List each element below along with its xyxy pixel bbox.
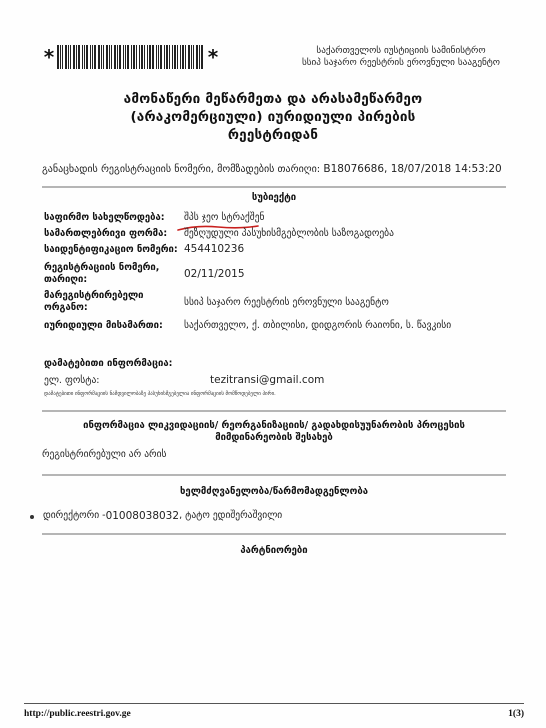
title-line-2: (არაკომერციული) იურიდიული პირების <box>60 108 486 126</box>
footer-url-link[interactable]: http://public.reestri.gov.ge <box>24 708 131 720</box>
field-label-legal-address: იურიდიული მისამართი: <box>44 320 204 332</box>
document-title: ამონაწერი მეწარმეთა და არასამეწარმეო (არ… <box>60 90 486 144</box>
application-value: B18076686, 18/07/2018 14:53:20 <box>323 163 501 175</box>
page-number: 1(3) <box>508 708 524 720</box>
section-title-liquidation: ინფორმაცია ლიკვიდაციის/ რეორგანიზაციის/ … <box>42 420 506 444</box>
section-title-management: ხელმძღვანელობა/წარმომადგენლობა <box>42 486 506 498</box>
application-label: განაცხადის რეგისტრაციის ნომერი, მომზადებ… <box>42 164 320 175</box>
field-value-legal-form: შეზღუდული პასუხისმგებლობის საზოგადოება <box>184 228 394 240</box>
barcode: * * <box>43 44 219 70</box>
application-info: განაცხადის რეგისტრაციის ნომერი, მომზადებ… <box>42 162 522 177</box>
liquidation-title-line-1: ინფორმაცია ლიკვიდაციის/ რეორგანიზაციის/ … <box>42 420 506 432</box>
liquidation-status: რეგისტრირებული არ არის <box>42 449 166 461</box>
liquidation-title-line-2: მიმდინარეობის შესახებ <box>42 432 506 444</box>
title-line-3: რეესტრიდან <box>60 126 486 144</box>
agency-registry: სსიპ საჯარო რეესტრის ეროვნული სააგენტო <box>276 57 526 69</box>
email-value: tezitransi@gmail.com <box>210 374 324 387</box>
field-value-registration-date: 02/11/2015 <box>184 268 245 280</box>
field-label-company-name: საფირმო სახელწოდება: <box>44 212 184 224</box>
section-title-subject: სუბიექტი <box>42 192 506 204</box>
divider <box>42 533 506 535</box>
agency-ministry: საქართველოს იუსტიციის სამინისტრო <box>276 45 526 57</box>
management-personal-id: 01008038032 <box>106 510 180 522</box>
document-page: * * საქართველოს იუსტიციის სამინისტრო სსი… <box>0 0 546 728</box>
management-role: დირექტორი - <box>43 510 106 522</box>
field-label-legal-form: სამართლებრივი ფორმა: <box>44 228 184 240</box>
field-value-legal-address: საქართველო, ქ. თბილისი, დიდგორის რაიონი,… <box>184 320 451 332</box>
field-value-registering-body: სსიპ საჯარო რეესტრის ეროვნული სააგენტო <box>184 297 389 309</box>
barcode-bars <box>57 45 205 69</box>
divider <box>42 474 506 476</box>
field-value-id-number: 454410236 <box>184 243 244 255</box>
divider <box>42 186 506 188</box>
field-value-company-name: შპს ჯეო სტრაქშენ <box>184 212 265 224</box>
field-label-registration-date: რეგისტრაციის ნომერი, თარიღი: <box>44 262 184 286</box>
management-list-item: დირექტორი - 01008038032 , ტატო ედიშერაშვ… <box>30 510 282 522</box>
additional-info-title: დამატებითი ინფორმაცია: <box>44 358 244 370</box>
bullet-icon <box>30 515 34 519</box>
footer-divider <box>24 703 524 704</box>
issuing-agency: საქართველოს იუსტიციის სამინისტრო სსიპ სა… <box>276 45 526 69</box>
divider <box>42 410 506 412</box>
barcode-start-star: * <box>43 47 55 67</box>
barcode-end-star: * <box>207 47 219 67</box>
management-person-name: , ტატო ედიშერაშვილი <box>179 510 282 522</box>
field-label-id-number: საიდენტიფიკაციო ნომერი: <box>44 244 184 256</box>
email-label: ელ. ფოსტა: <box>44 375 100 387</box>
title-line-1: ამონაწერი მეწარმეთა და არასამეწარმეო <box>60 90 486 108</box>
field-label-registering-body: მარეგისტრირებელი ორგანო: <box>44 290 184 314</box>
section-title-partners: პარტნიორები <box>42 545 506 557</box>
additional-info-disclaimer: დამატებითი ინფორმაციის ნამდვილობაზე პასუ… <box>44 391 276 398</box>
